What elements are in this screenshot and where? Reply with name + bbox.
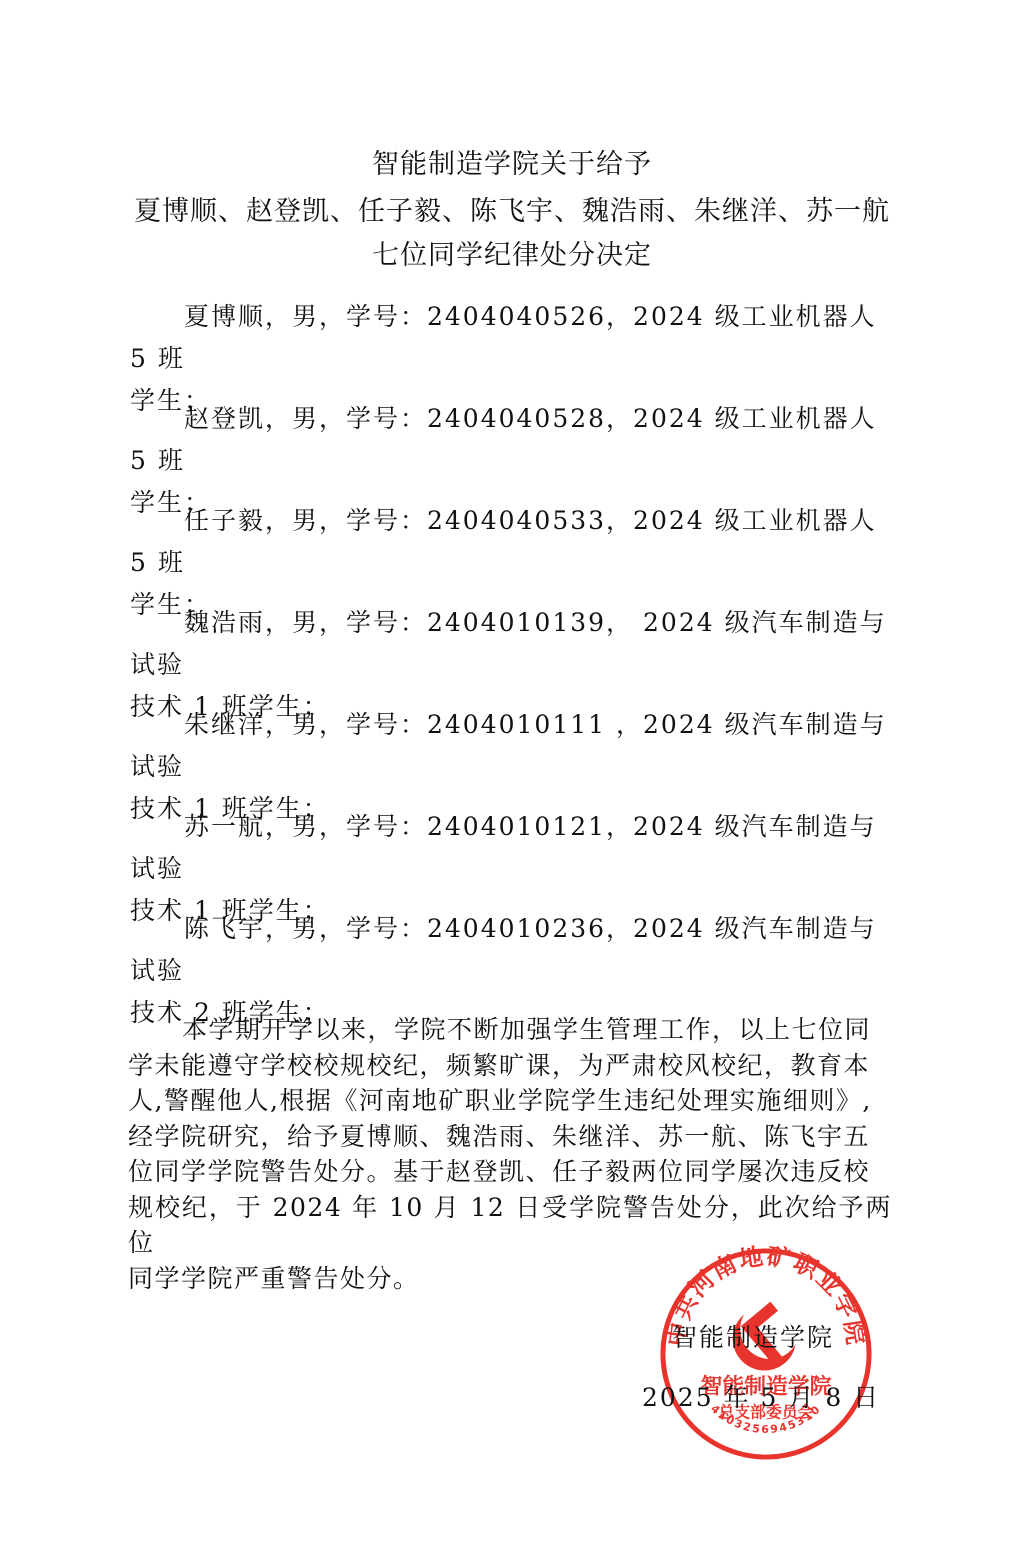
title-line-1: 智能制造学院关于给予 <box>0 142 1024 181</box>
body-line: 经学院研究，给予夏博顺、魏浩雨、朱继洋、苏一航、陈飞宇五 <box>128 1119 892 1155</box>
student-line: 魏浩雨，男，学号：2404010139， 2024 级汽车制造与试验 <box>130 608 887 679</box>
body-line: 人,警醒他人,根据《河南地矿职业学院学生违纪处理实施细则》, <box>128 1083 892 1119</box>
student-line: 苏一航，男，学号：2404010121，2024 级汽车制造与试验 <box>130 812 877 883</box>
body-line: 位同学学院警告处分。基于赵登凯、任子毅两位同学屡次违反校 <box>128 1154 892 1190</box>
title-line-3: 七位同学纪律处分决定 <box>0 233 1024 272</box>
signature-date: 2025 年 5 月 8 日 <box>642 1378 880 1414</box>
signature-org: 智能制造学院 <box>672 1318 834 1354</box>
student-line: 陈飞宇，男，学号：2404010236，2024 级汽车制造与试验 <box>130 914 877 985</box>
student-line: 朱继洋，男，学号：2404010111 ，2024 级汽车制造与试验 <box>130 710 887 781</box>
official-seal-stamp: 中共河南地矿职业学院 智能制造学院 总支部委员会 4103256945310 <box>657 1245 875 1463</box>
title-line-2: 夏博顺、赵登凯、任子毅、陈飞宇、魏浩雨、朱继洋、苏一航 <box>0 189 1024 228</box>
body-line: 学未能遵守学校校规校纪，频繁旷课，为严肃校风校纪，教育本 <box>128 1048 892 1084</box>
student-line: 任子毅，男，学号：2404040533，2024 级工业机器人 5 班 <box>130 506 877 577</box>
student-line: 夏博顺，男，学号：2404040526，2024 级工业机器人 5 班 <box>130 302 877 373</box>
body-line: 本学期开学以来，学院不断加强学生管理工作，以上七位同 <box>182 1015 871 1044</box>
student-line: 赵登凯，男，学号：2404040528，2024 级工业机器人 5 班 <box>130 404 877 475</box>
